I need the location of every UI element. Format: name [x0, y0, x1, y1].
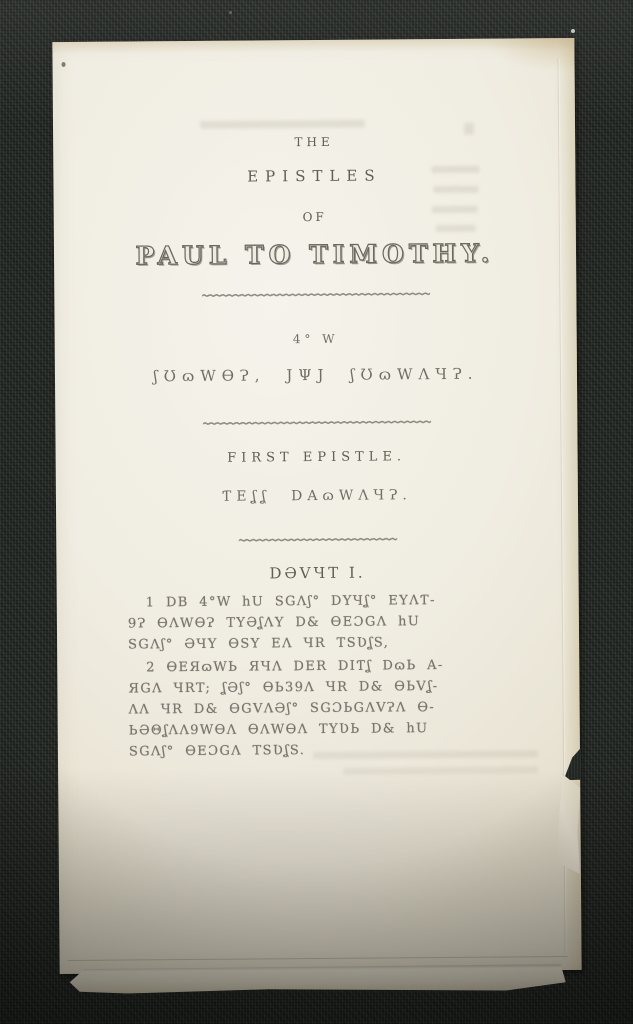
- bottom-crease: [68, 956, 568, 961]
- paper-speck: [62, 62, 66, 67]
- title-word-the: THE: [53, 133, 575, 151]
- dust-speck: [571, 29, 575, 33]
- photo-background: { "document": { "header": { "the": "THE"…: [0, 0, 633, 1024]
- main-title: PAUL TO TIMOTHY.: [54, 238, 576, 271]
- verse-2: 2 ƟEЯɷWЬ ЯЧΛ DER DIƬʆ DɷЬ A- ЯGΛ ЧRT; ʆƏ…: [128, 654, 527, 762]
- wavy-rule-short: ~~~~~~~~~~~~~~~~~~~~~~~~~: [56, 527, 578, 554]
- corner-stain: [484, 38, 574, 73]
- verse-line: SGΛʃ° ƟEƆGΛ TSƲʆS.: [129, 738, 527, 762]
- section-title-english: FIRST EPISTLE.: [56, 448, 578, 467]
- title-word-epistles: EPISTLES: [53, 165, 575, 187]
- wavy-rule: ~~~~~~~~~~~~~~~~~~~~~~~~~~~~~~~~~~~~: [54, 282, 576, 309]
- cherokee-name-line: 4° W: [55, 330, 577, 348]
- chapter-heading: DƏVЧT I.: [56, 562, 578, 584]
- folded-corner: [553, 774, 581, 874]
- show-through-ghost: [433, 186, 478, 193]
- show-through-ghost: [343, 766, 538, 775]
- cherokee-author-line: ʃƱɷWƟɁ, ЈΨЈ ʃƱɷWΛЧɁ.: [55, 364, 577, 386]
- show-through-ghost: [436, 225, 476, 232]
- show-through-ghost: [200, 120, 365, 129]
- verse-1: 1 DB 4°W hU SGΛʃ° DYЧʆ° EYΛƬ- 9Ɂ ƟΛWƟɁ T…: [128, 589, 526, 655]
- wavy-rule: ~~~~~~~~~~~~~~~~~~~~~~~~~~~~~~~~~~~~: [55, 410, 577, 437]
- under-page-edge: [70, 964, 566, 994]
- section-title-cherokee: ƬEʆʆ DAɷWΛЧɁ.: [56, 486, 578, 506]
- book-page: THE EPISTLES OF PAUL TO TIMOTHY. ~~~~~~~…: [52, 38, 581, 974]
- verse-text-block: 1 DB 4°W hU SGΛʃ° DYЧʆ° EYΛƬ- 9Ɂ ƟΛWƟɁ T…: [128, 589, 527, 764]
- dust-speck: [229, 11, 232, 14]
- title-word-of: OF: [54, 208, 576, 226]
- verse-line: SGΛʃ° ƏЧY ƟSY EΛ ЧR TSƲʆS,: [128, 631, 526, 655]
